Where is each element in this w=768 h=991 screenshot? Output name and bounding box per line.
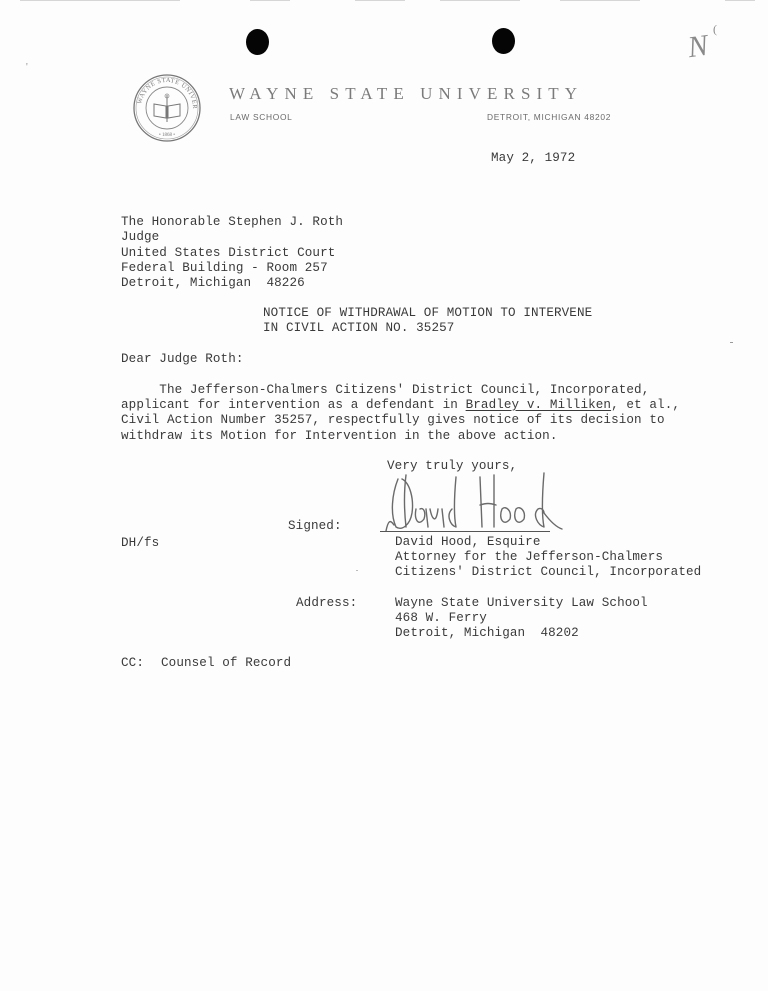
scan-edge-line <box>355 0 405 1</box>
signer-title: Citizens' District Council, Incorporated <box>395 565 701 580</box>
scan-edge-line <box>250 0 290 1</box>
punch-hole <box>246 29 269 55</box>
salutation: Dear Judge Roth: <box>121 352 244 367</box>
school-name: LAW SCHOOL <box>230 112 293 122</box>
scan-edge-line <box>440 0 520 1</box>
case-name: Bradley v. Milliken <box>466 398 612 412</box>
letterhead-city: DETROIT, MICHIGAN 48202 <box>487 112 611 122</box>
scan-edge-line <box>560 0 640 1</box>
signed-label: Signed: <box>288 519 342 534</box>
body-text: applicant for intervention as a defendan… <box>121 398 466 412</box>
scan-edge-line <box>20 0 180 1</box>
svg-text:• 1868 •: • 1868 • <box>159 133 175 138</box>
recipient-line: Judge <box>121 230 159 245</box>
typist-initials: DH/fs <box>121 536 159 551</box>
body-line: withdraw its Motion for Intervention in … <box>121 429 557 444</box>
subject-text: IN CIVIL ACTION NO. 35257 <box>263 321 454 336</box>
recipient-line: The Honorable Stephen J. Roth <box>121 215 343 230</box>
scan-speck <box>730 342 733 343</box>
recipient-line: Federal Building - Room 257 <box>121 261 328 276</box>
signer-name: David Hood, Esquire <box>395 535 541 550</box>
address-label: Address: <box>296 596 357 611</box>
svg-text:WAYNE STATE UNIVERSITY: WAYNE STATE UNIVERSITY <box>132 73 198 110</box>
address-line: 468 W. Ferry <box>395 611 487 626</box>
address-line: Wayne State University Law School <box>395 596 648 611</box>
cc-label: CC: <box>121 656 144 671</box>
recipient-line: United States District Court <box>121 246 335 261</box>
letter-page: N ( ' WAYNE STATE UNIVERSITY • 1868 • WA… <box>0 0 768 991</box>
body-text: , et al., <box>611 398 680 412</box>
cc-value: Counsel of Record <box>161 656 291 671</box>
signature-line <box>380 531 550 532</box>
body-line: applicant for intervention as a defendan… <box>121 398 680 413</box>
handwritten-tick: ( <box>713 22 717 37</box>
letter-date: May 2, 1972 <box>491 151 575 166</box>
university-seal-icon: WAYNE STATE UNIVERSITY • 1868 • <box>132 73 202 143</box>
scan-speck <box>356 570 358 571</box>
university-name: WAYNE STATE UNIVERSITY <box>229 84 583 104</box>
handwritten-mark: N <box>686 29 711 65</box>
subject-text: NOTICE OF WITHDRAWAL OF MOTION TO INTERV… <box>263 306 592 321</box>
recipient-line: Detroit, Michigan 48226 <box>121 276 305 291</box>
address-line: Detroit, Michigan 48202 <box>395 626 579 641</box>
body-line: The Jefferson-Chalmers Citizens' Distric… <box>121 383 649 398</box>
scan-edge-line <box>725 0 755 1</box>
punch-hole <box>492 28 515 54</box>
body-line: Civil Action Number 35257, respectfully … <box>121 413 665 428</box>
signer-title: Attorney for the Jefferson-Chalmers <box>395 550 663 565</box>
stray-mark: ' <box>26 62 28 73</box>
handwritten-signature <box>384 469 574 531</box>
